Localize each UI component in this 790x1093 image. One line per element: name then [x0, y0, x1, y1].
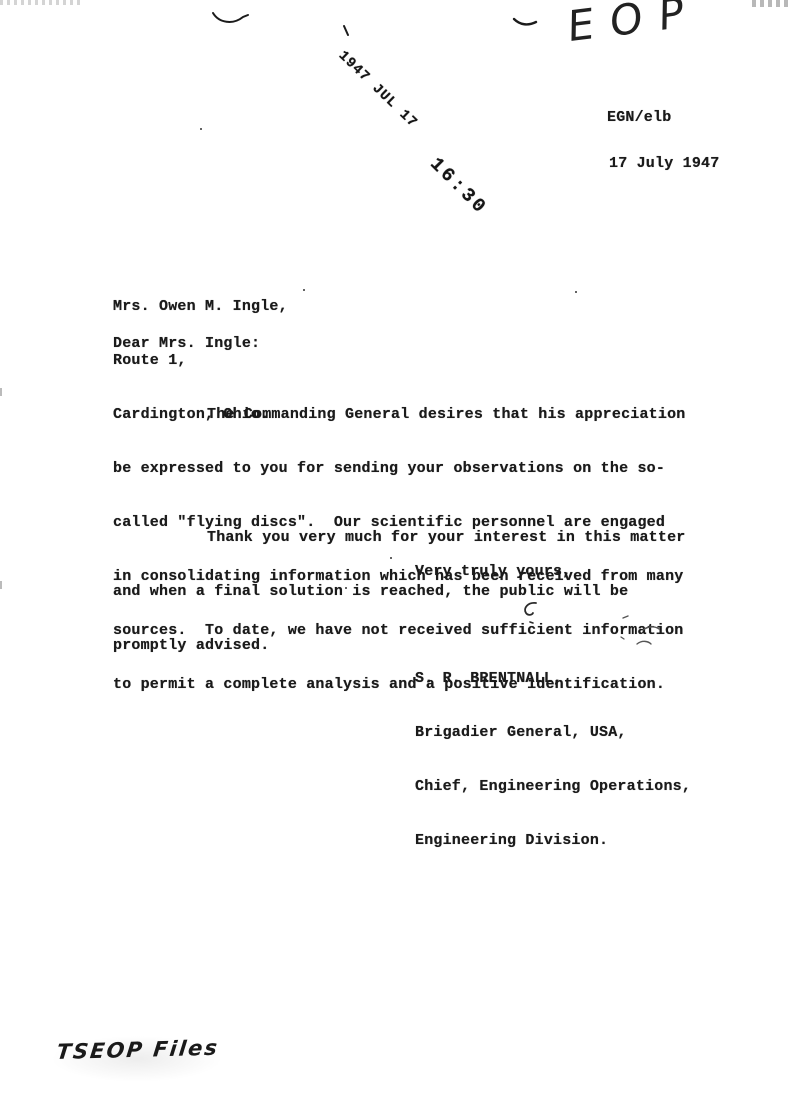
body-text-line: The Commanding General desires that his …	[113, 406, 685, 424]
body-text-line: be expressed to you for sending your obs…	[113, 460, 685, 478]
closing: Very truly yours,	[415, 563, 571, 581]
scan-noise-top-left	[0, 0, 84, 5]
scan-speck	[345, 587, 347, 589]
signature-title: Chief, Engineering Operations,	[415, 778, 691, 796]
salutation: Dear Mrs. Ingle:	[113, 335, 260, 353]
scan-noise-top-right	[752, 0, 790, 7]
received-time-stamp: 16:30	[425, 153, 491, 219]
scan-speck	[390, 557, 392, 559]
signature-name: S. R. BRENTNALL,	[415, 670, 691, 688]
scanned-letter-page: EOP 1947 JUL 17 16:30 EGN/elb 17 July 19…	[0, 0, 790, 1093]
pen-tick-mark	[342, 25, 350, 37]
pen-squiggle-mark	[518, 600, 544, 628]
pen-curve-mark	[211, 9, 251, 29]
pen-dash-mark	[512, 14, 546, 32]
scan-speck	[303, 289, 305, 291]
letter-date: 17 July 1947	[609, 155, 719, 173]
recipient-line: Mrs. Owen M. Ingle,	[113, 298, 288, 316]
scan-speck	[575, 291, 577, 293]
body-text-line: and when a final solution is reached, th…	[113, 583, 685, 601]
recipient-line: Route 1,	[113, 352, 288, 370]
handwritten-file-note: TSEOP Files	[55, 1036, 220, 1064]
handwritten-eop-note: EOP	[567, 0, 700, 51]
signature-block: S. R. BRENTNALL, Brigadier General, USA,…	[415, 634, 691, 886]
signature-rank: Brigadier General, USA,	[415, 724, 691, 742]
body-text-line: Thank you very much for your interest in…	[113, 529, 685, 547]
scan-speck	[200, 128, 202, 130]
received-date-stamp: 1947 JUL 17	[335, 48, 421, 131]
scan-noise-left-edge	[0, 581, 2, 589]
scan-noise-left-edge	[0, 388, 2, 396]
office-symbol: EGN/elb	[607, 109, 671, 127]
signature-division: Engineering Division.	[415, 832, 691, 850]
